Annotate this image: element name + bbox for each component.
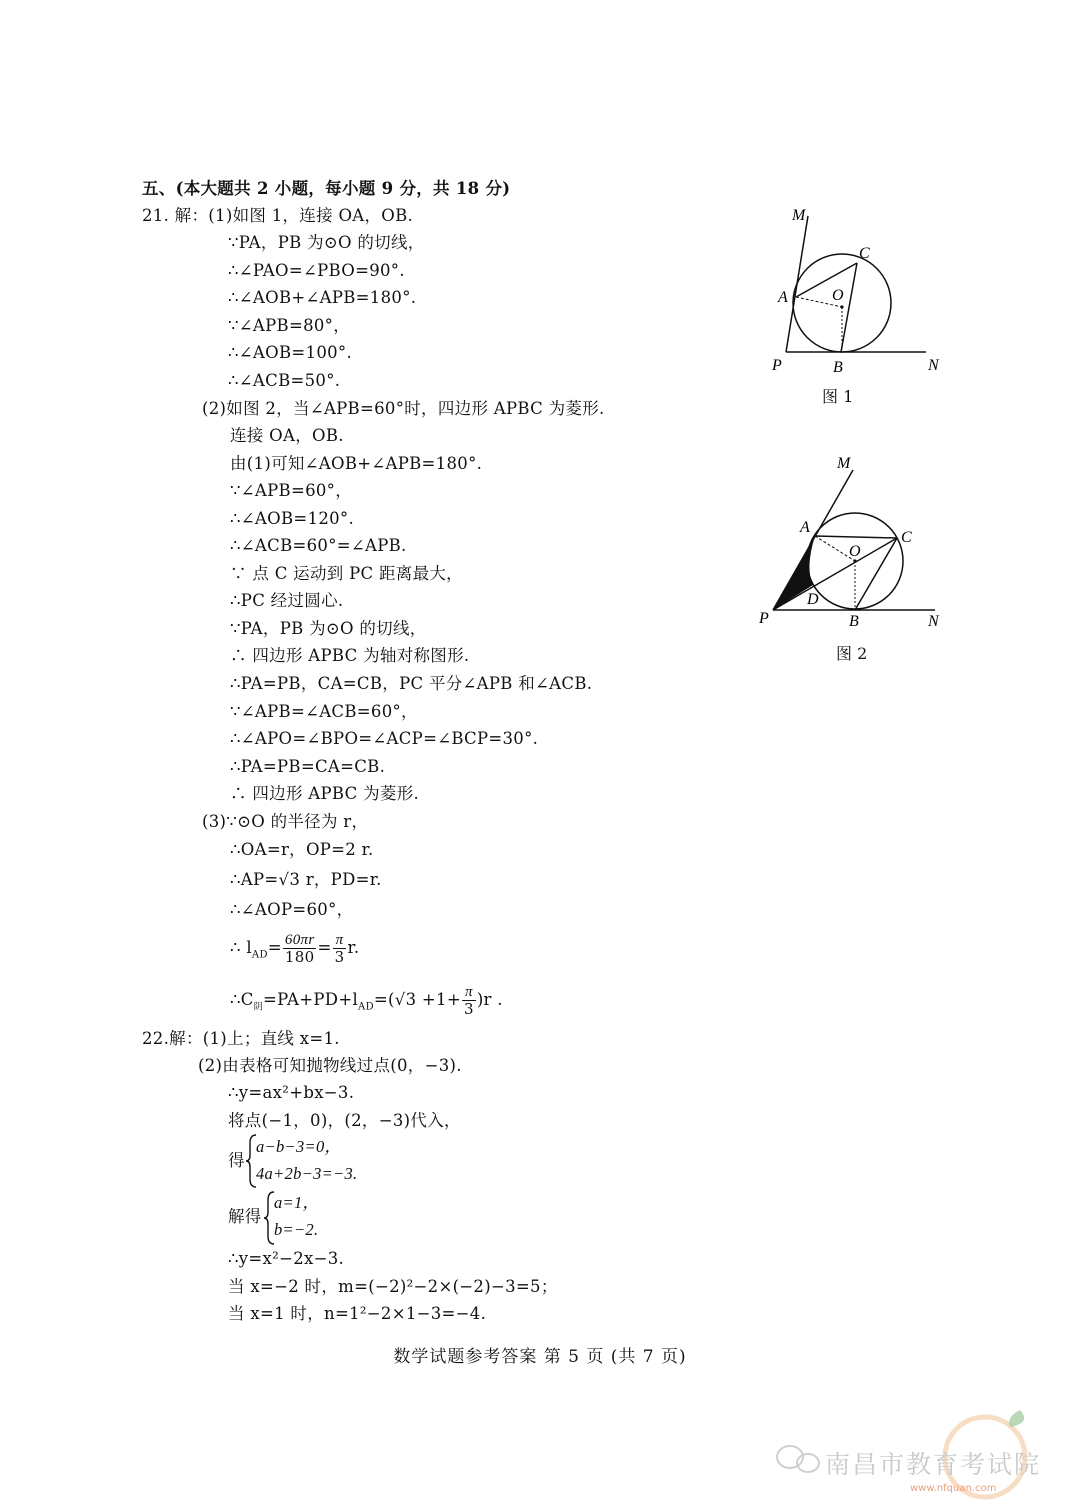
label-D: D <box>806 591 819 608</box>
figure-2: M A C O D P B N <box>745 448 960 628</box>
fraction: π3 <box>333 932 347 965</box>
q21-label: 21. 解： <box>142 206 208 225</box>
q21-part3-line: ∴∠AOP=60°， <box>230 899 353 921</box>
figure-1: M C A O P B N <box>760 200 960 410</box>
q21-part2-line: ∴∠AOB=120°. <box>230 508 354 530</box>
figure-1-caption: 图 1 <box>822 384 853 407</box>
section-header: 五、(本大题共 2 小题，每小题 9 分，共 18 分) <box>142 178 510 200</box>
system1-eq2: 4a+2b−3=−3. <box>256 1163 357 1185</box>
label-A: A <box>777 289 788 306</box>
q22-part2-line: 将点(−1，0)，(2，−3)代入， <box>228 1110 461 1132</box>
q22-tail-line: 当 x=−2 时，m=(−2)²−2×(−2)−3=5； <box>228 1276 558 1298</box>
q21-part1-line: ∴∠AOB=100°. <box>228 342 352 364</box>
q21-part2-line: ∵∠APB=∠ACB=60°， <box>230 701 418 723</box>
q21-part2-line: 由(1)可知∠AOB+∠APB=180°. <box>230 453 482 475</box>
perimeter-formula: ∴C阴=PA+PD+lAD=(√3 +1+π3)r . <box>230 980 503 1027</box>
q21-part3-line: ∴AP=√3 r，PD=r. <box>230 869 382 891</box>
q21-part2-line: ∴PA=PB，CA=CB，PC 平分∠APB 和∠ACB. <box>230 673 592 695</box>
fraction: π3 <box>462 984 476 1017</box>
q22-tail-line: 当 x=1 时，n=1²−2×1−3=−4. <box>228 1303 486 1325</box>
q21-part3-line: (3)∵⊙O 的半径为 r， <box>202 811 368 833</box>
q21-label-line: 21. 解：(1)如图 1，连接 OA，OB. <box>142 205 413 227</box>
q21-part2-line: ∴PC 经过圆心. <box>230 590 343 612</box>
watermark-text: 南昌市教育考试院 <box>825 1445 1041 1481</box>
page-footer: 数学试题参考答案 第 5 页 (共 7 页) <box>0 1342 1080 1367</box>
system2-eq2: b=−2. <box>274 1219 318 1241</box>
q22-label-line: 22.解：(1)上；直线 x=1. <box>142 1028 340 1050</box>
label-M: M <box>791 207 807 224</box>
q21-part2-line: 连接 OA，OB. <box>230 425 344 447</box>
label-C: C <box>859 245 870 262</box>
label-O: O <box>849 543 861 560</box>
system1-label: 得 <box>228 1150 245 1172</box>
q21-part1-line: ∵PA，PB 为⊙O 的切线， <box>228 232 425 254</box>
q22-tail-line: ∴y=x²−2x−3. <box>228 1248 344 1270</box>
q21-part1-line: ∴∠PAO=∠PBO=90°. <box>228 260 405 282</box>
watermark-url: www.nfquan.com <box>910 1483 996 1494</box>
q21-part2-line: ∴∠ACB=60°=∠APB. <box>230 535 407 557</box>
q22-part2-line: ∴y=ax²+bx−3. <box>228 1082 354 1104</box>
label-N: N <box>927 357 940 374</box>
label-B: B <box>849 613 859 628</box>
label-O: O <box>832 287 844 304</box>
label-A: A <box>799 519 810 536</box>
label-N: N <box>927 613 940 628</box>
q21-part2-line: ∴∠APO=∠BPO=∠ACP=∠BCP=30°. <box>230 728 538 750</box>
system2-eq1: a=1， <box>274 1192 319 1214</box>
arc-length-formula: ∴ lAD=60πr180=π3r. <box>230 928 359 975</box>
label-P: P <box>771 357 782 374</box>
fraction: 60πr180 <box>283 932 317 965</box>
q21-part1-line: ∴∠ACB=50°. <box>228 370 340 392</box>
q21-part2-line: (2)如图 2，当∠APB=60°时，四边形 APBC 为菱形. <box>202 398 605 420</box>
q21-part2-line: ∴ 四边形 APBC 为轴对称图形. <box>230 645 469 667</box>
q21-part2-line: ∵∠APB=60°， <box>230 480 352 502</box>
figure-2-caption: 图 2 <box>836 641 867 664</box>
q21-part3-line: ∴OA=r，OP=2 r. <box>230 839 374 861</box>
q21-part2-line: ∴ 四边形 APBC 为菱形. <box>230 783 419 805</box>
q22-part1: (1)上；直线 x=1. <box>203 1029 340 1048</box>
watermark: 南昌市教育考试院 www.nfquan.com <box>770 1405 1070 1505</box>
q21-part1-line: ∵∠APB=80°， <box>228 315 350 337</box>
q21-part2-line: ∵ 点 C 运动到 PC 距离最大， <box>230 563 463 585</box>
label-P: P <box>758 610 769 627</box>
system2-label: 解得 <box>228 1206 262 1228</box>
q21-part2-line: ∵PA，PB 为⊙O 的切线， <box>230 618 427 640</box>
system1-eq1: a−b−3=0， <box>256 1136 341 1158</box>
label-M: M <box>836 455 852 472</box>
label-C: C <box>901 529 912 546</box>
q22-part2-line: (2)由表格可知抛物线过点(0，−3). <box>198 1055 462 1077</box>
q21-part1-line: (1)如图 1，连接 OA，OB. <box>208 206 413 225</box>
q22-label: 22.解： <box>142 1029 203 1048</box>
label-B: B <box>833 359 843 376</box>
q21-part1-line: ∴∠AOB+∠APB=180°. <box>228 287 416 309</box>
q21-part2-line: ∴PA=PB=CA=CB. <box>230 756 385 778</box>
